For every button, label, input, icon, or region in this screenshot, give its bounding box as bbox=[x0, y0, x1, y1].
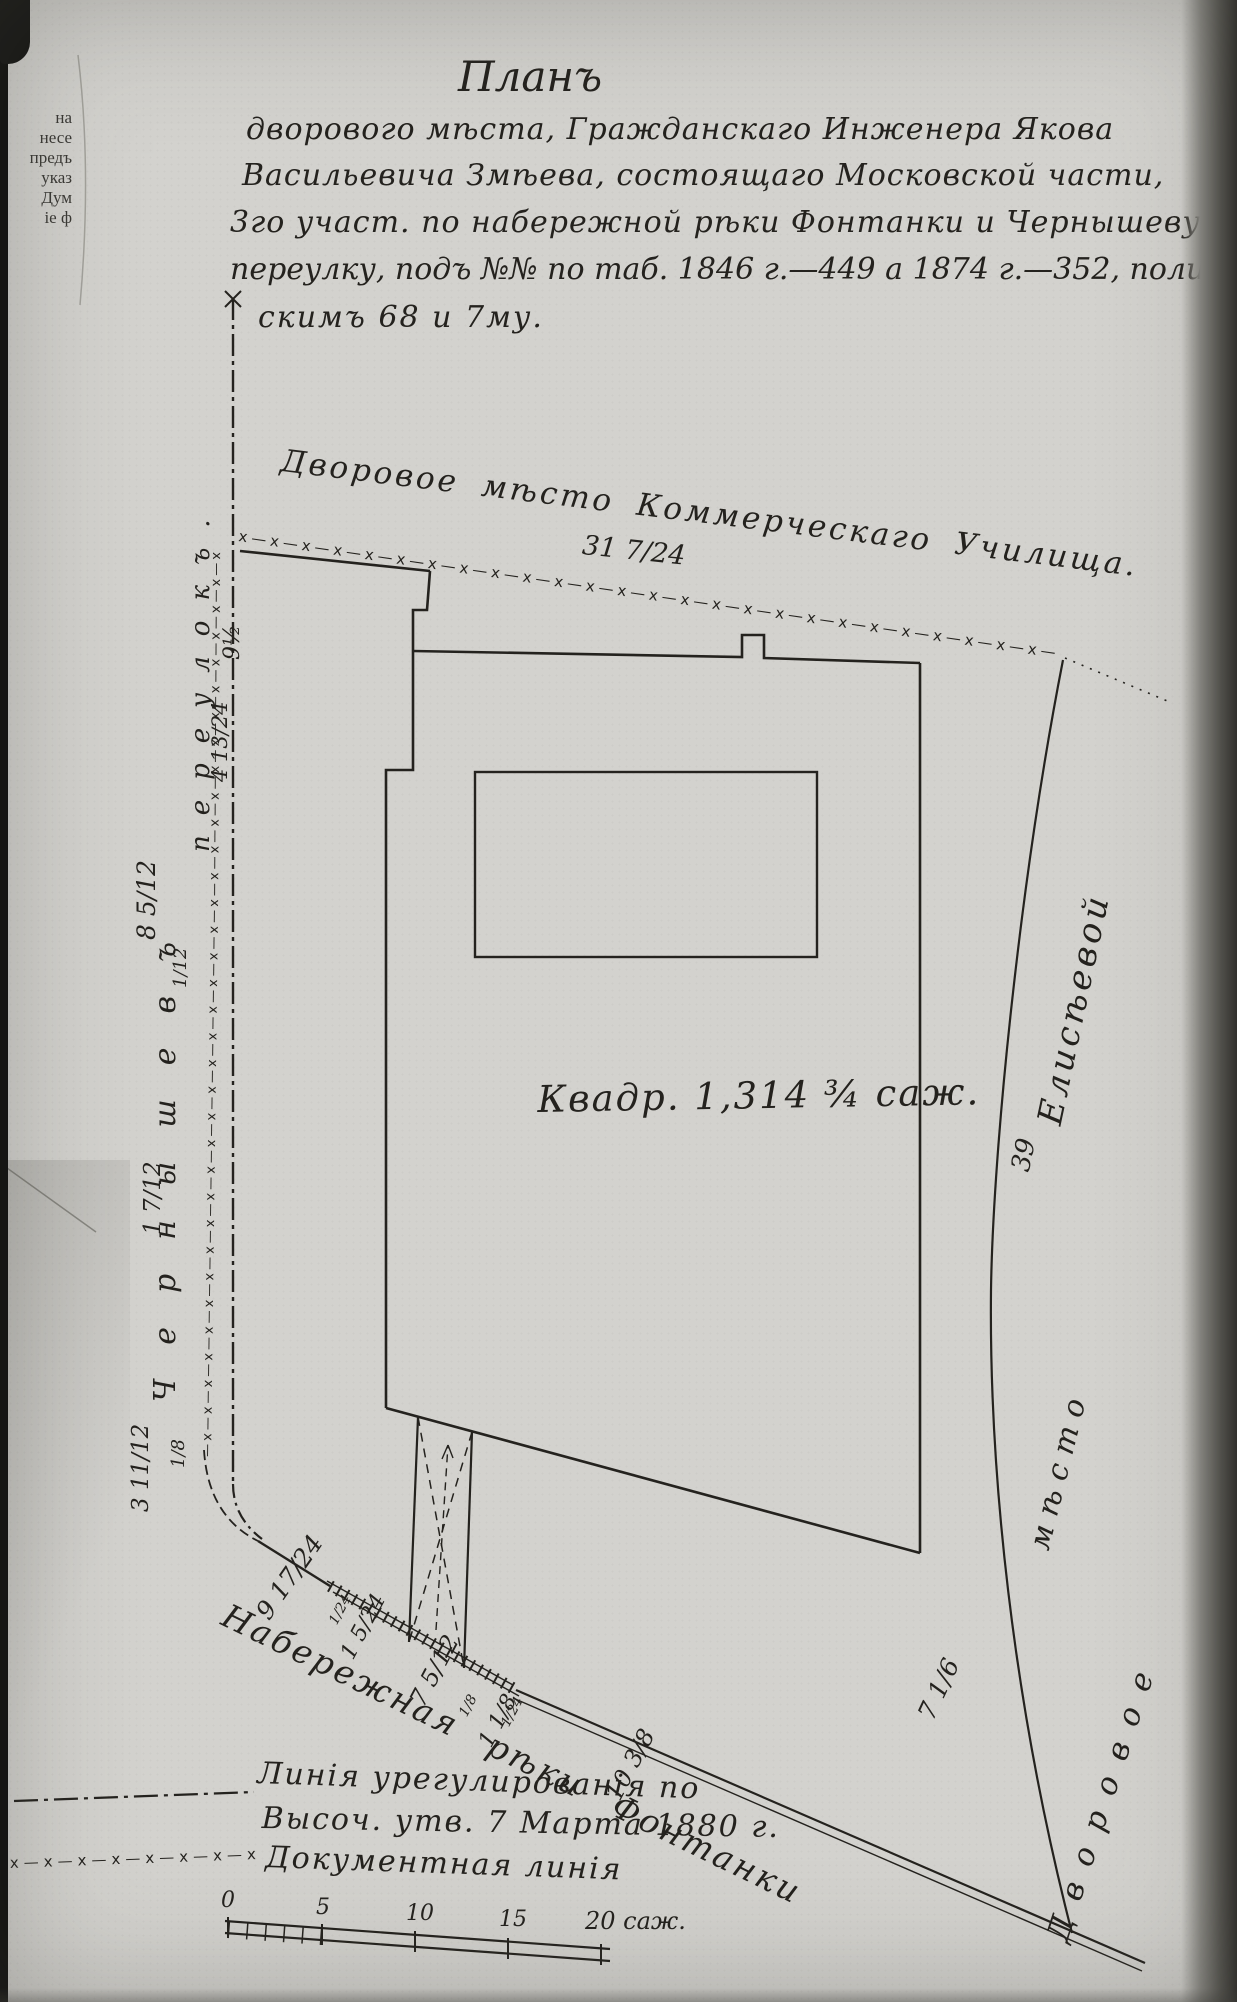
heading-line: Васильевича Змѣева, состоящаго Московско… bbox=[242, 158, 1164, 193]
fragment-line: іе ф bbox=[2, 208, 72, 228]
embankment-line bbox=[258, 1541, 1145, 1971]
torn-page-edge bbox=[78, 55, 86, 305]
bottom-left-fold-shading bbox=[0, 1160, 130, 2002]
scale-tick-label: 15 bbox=[499, 1907, 527, 1932]
neighbor-boundary-line bbox=[991, 660, 1072, 1933]
heading-line: 3го участ. по набережной рѣки Фонтанки и… bbox=[230, 205, 1201, 240]
page-left-edge bbox=[0, 0, 8, 2002]
plan-drawing: x—x—x—x—x—x—x—x—x—x—x—x—x—x—x—x—x—x—x—x—… bbox=[0, 0, 1237, 2002]
dotted-continuation bbox=[1065, 658, 1172, 703]
left-measure: 1 7/12 bbox=[140, 1161, 166, 1235]
scale-tick-label: 5 bbox=[316, 1895, 330, 1920]
left-measure: 4 13/24 bbox=[208, 701, 232, 782]
scanned-plan-page: x—x—x—x—x—x—x—x—x—x—x—x—x—x—x—x—x—x—x—x—… bbox=[0, 0, 1237, 2002]
inner-courtyard bbox=[475, 772, 817, 957]
page-corner-mark bbox=[0, 0, 30, 64]
area-label: Квадр. 1,314 ¾ саж. bbox=[537, 1070, 980, 1121]
regulation-line bbox=[225, 291, 262, 1539]
school-boundary-line: x—x—x—x—x—x—x—x—x—x—x—x—x—x—x—x—x—x—x—x—… bbox=[0, 0, 1172, 703]
heading-line: переулку, подъ №№ по таб. 1846 г.—449 а … bbox=[230, 252, 1237, 287]
facing-page-fragment: на несе предъ указ Дум іе ф bbox=[2, 108, 72, 228]
heading-line: дворового мѣста, Гражданскаго Инженера Я… bbox=[246, 112, 1114, 147]
scale-end-label: 20 саж. bbox=[585, 1907, 686, 1935]
page-bottom-edge bbox=[0, 1988, 1237, 2002]
fragment-line: на bbox=[2, 108, 72, 128]
left-measure: 8 5/12 bbox=[132, 860, 161, 940]
left-measure: 1/8 bbox=[168, 1439, 189, 1468]
plot-outline bbox=[240, 551, 920, 1553]
heading-line: скимъ 68 и 7му. bbox=[258, 300, 544, 335]
fragment-line: указ bbox=[2, 168, 72, 188]
street-name-upper: переулокъ. bbox=[186, 499, 216, 852]
fragment-line: предъ bbox=[2, 148, 72, 168]
left-measure: 9½ bbox=[220, 625, 245, 660]
left-measure: 3 11/12 bbox=[128, 1424, 154, 1512]
scale-tick-label: 0 bbox=[221, 1888, 235, 1913]
left-measure: 1/12 bbox=[170, 948, 191, 988]
fragment-line: несе bbox=[2, 128, 72, 148]
fragment-line: Дум bbox=[2, 188, 72, 208]
page-right-edge bbox=[1181, 0, 1237, 2002]
page-title: Планъ bbox=[458, 52, 602, 101]
scale-tick-label: 10 bbox=[406, 1901, 434, 1926]
